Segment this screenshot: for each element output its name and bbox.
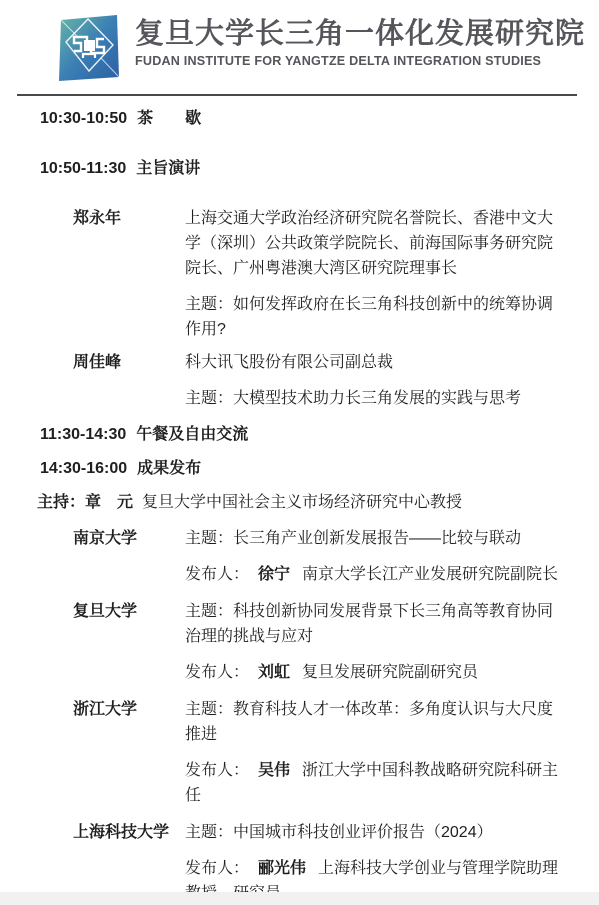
institute-logo-icon <box>56 11 122 85</box>
agenda-row-results: 14:30-16:00成果发布 <box>0 456 599 481</box>
agenda-row-lunch: 11:30-14:30午餐及自由交流 <box>0 422 599 447</box>
session-title: 主旨演讲 <box>136 160 200 177</box>
speaker-name: 郑永年 <box>73 206 185 342</box>
presenter-label: 发布人： <box>185 762 249 779</box>
host-name: 章 元 <box>85 494 133 511</box>
release-block: 复旦大学 主题：科技创新协同发展背景下长三角高等教育协同治理的挑战与应对 发布人… <box>0 599 599 685</box>
presenter-name: 徐宁 <box>258 566 290 583</box>
speaker-topic: 主题：如何发挥政府在长三角科技创新中的统筹协调作用? <box>185 292 565 342</box>
speaker-topic: 主题：大模型技术助力长三角发展的实践与思考 <box>185 386 565 411</box>
speaker-details: 科大讯飞股份有限公司副总裁 主题：大模型技术助力长三角发展的实践与思考 <box>185 350 565 411</box>
speaker-affiliation: 科大讯飞股份有限公司副总裁 <box>185 350 565 375</box>
release-presenter-line: 发布人：吴伟浙江大学中国科教战略研究院科研主任 <box>185 758 565 808</box>
release-topic: 主题：长三角产业创新发展报告——比较与联动 <box>185 526 565 551</box>
speaker-details: 上海交通大学政治经济研究院名誉院长、香港中文大学（深圳）公共政策学院院长、前海国… <box>185 206 565 342</box>
release-org: 南京大学 <box>73 526 185 587</box>
presenter-label: 发布人： <box>185 664 249 681</box>
agenda: 10:30-10:50茶 歇 10:50-11:30主旨演讲 郑永年 上海交通大… <box>0 96 599 905</box>
header-title-block: 复旦大学长三角一体化发展研究院 FUDAN INSTITUTE FOR YANG… <box>135 11 585 69</box>
release-details: 主题：科技创新协同发展背景下长三角高等教育协同治理的挑战与应对 发布人：刘虹复旦… <box>185 599 565 685</box>
release-block: 浙江大学 主题：教育科技人才一体改革：多角度认识与大尺度推进 发布人：吴伟浙江大… <box>0 697 599 808</box>
release-presenter-line: 发布人：刘虹复旦发展研究院副研究员 <box>185 660 565 685</box>
institute-seal-maze-mark <box>56 11 122 85</box>
presenter-label: 发布人： <box>185 566 249 583</box>
release-topic: 主题：科技创新协同发展背景下长三角高等教育协同治理的挑战与应对 <box>185 599 565 649</box>
host-row: 主持：章 元复旦大学中国社会主义市场经济研究中心教授 <box>0 490 599 515</box>
institute-name-cn: 复旦大学长三角一体化发展研究院 <box>135 18 585 50</box>
release-topic: 主题：中国城市科技创业评价报告（2024） <box>185 820 565 845</box>
page-bottom-strip <box>0 892 599 905</box>
presenter-name: 刘虹 <box>258 664 290 681</box>
agenda-row-tea-break: 10:30-10:50茶 歇 <box>0 106 599 131</box>
program-page: 复旦大学长三角一体化发展研究院 FUDAN INSTITUTE FOR YANG… <box>0 0 599 905</box>
presenter-affiliation: 南京大学长江产业发展研究院副院长 <box>302 566 558 583</box>
presenter-label: 发布人： <box>185 860 249 877</box>
host-label: 主持： <box>37 494 85 511</box>
agenda-row-keynote: 10:50-11:30主旨演讲 <box>0 156 599 181</box>
time-range: 10:50-11:30 <box>40 156 126 181</box>
session-title: 茶 歇 <box>137 110 201 127</box>
session-title: 午餐及自由交流 <box>136 426 248 443</box>
release-topic: 主题：教育科技人才一体改革：多角度认识与大尺度推进 <box>185 697 565 747</box>
release-org: 复旦大学 <box>73 599 185 685</box>
keynote-speaker-block: 周佳峰 科大讯飞股份有限公司副总裁 主题：大模型技术助力长三角发展的实践与思考 <box>0 350 599 411</box>
presenter-name: 郦光伟 <box>258 860 306 877</box>
release-details: 主题：长三角产业创新发展报告——比较与联动 发布人：徐宁南京大学长江产业发展研究… <box>185 526 565 587</box>
release-details: 主题：教育科技人才一体改革：多角度认识与大尺度推进 发布人：吴伟浙江大学中国科教… <box>185 697 565 808</box>
release-presenter-line: 发布人：徐宁南京大学长江产业发展研究院副院长 <box>185 562 565 587</box>
time-range: 10:30-10:50 <box>40 106 127 131</box>
keynote-speaker-block: 郑永年 上海交通大学政治经济研究院名誉院长、香港中文大学（深圳）公共政策学院院长… <box>0 206 599 342</box>
institute-name-en: FUDAN INSTITUTE FOR YANGTZE DELTA INTEGR… <box>135 54 585 69</box>
time-range: 11:30-14:30 <box>40 422 126 447</box>
release-block: 南京大学 主题：长三角产业创新发展报告——比较与联动 发布人：徐宁南京大学长江产… <box>0 526 599 587</box>
session-title: 成果发布 <box>137 460 201 477</box>
speaker-affiliation: 上海交通大学政治经济研究院名誉院长、香港中文大学（深圳）公共政策学院院长、前海国… <box>185 206 565 281</box>
speaker-name: 周佳峰 <box>73 350 185 411</box>
release-org: 浙江大学 <box>73 697 185 808</box>
header: 复旦大学长三角一体化发展研究院 FUDAN INSTITUTE FOR YANG… <box>0 0 599 85</box>
host-affiliation: 复旦大学中国社会主义市场经济研究中心教授 <box>142 494 462 511</box>
time-range: 14:30-16:00 <box>40 456 127 481</box>
presenter-affiliation: 复旦发展研究院副研究员 <box>302 664 478 681</box>
presenter-name: 吴伟 <box>258 762 290 779</box>
